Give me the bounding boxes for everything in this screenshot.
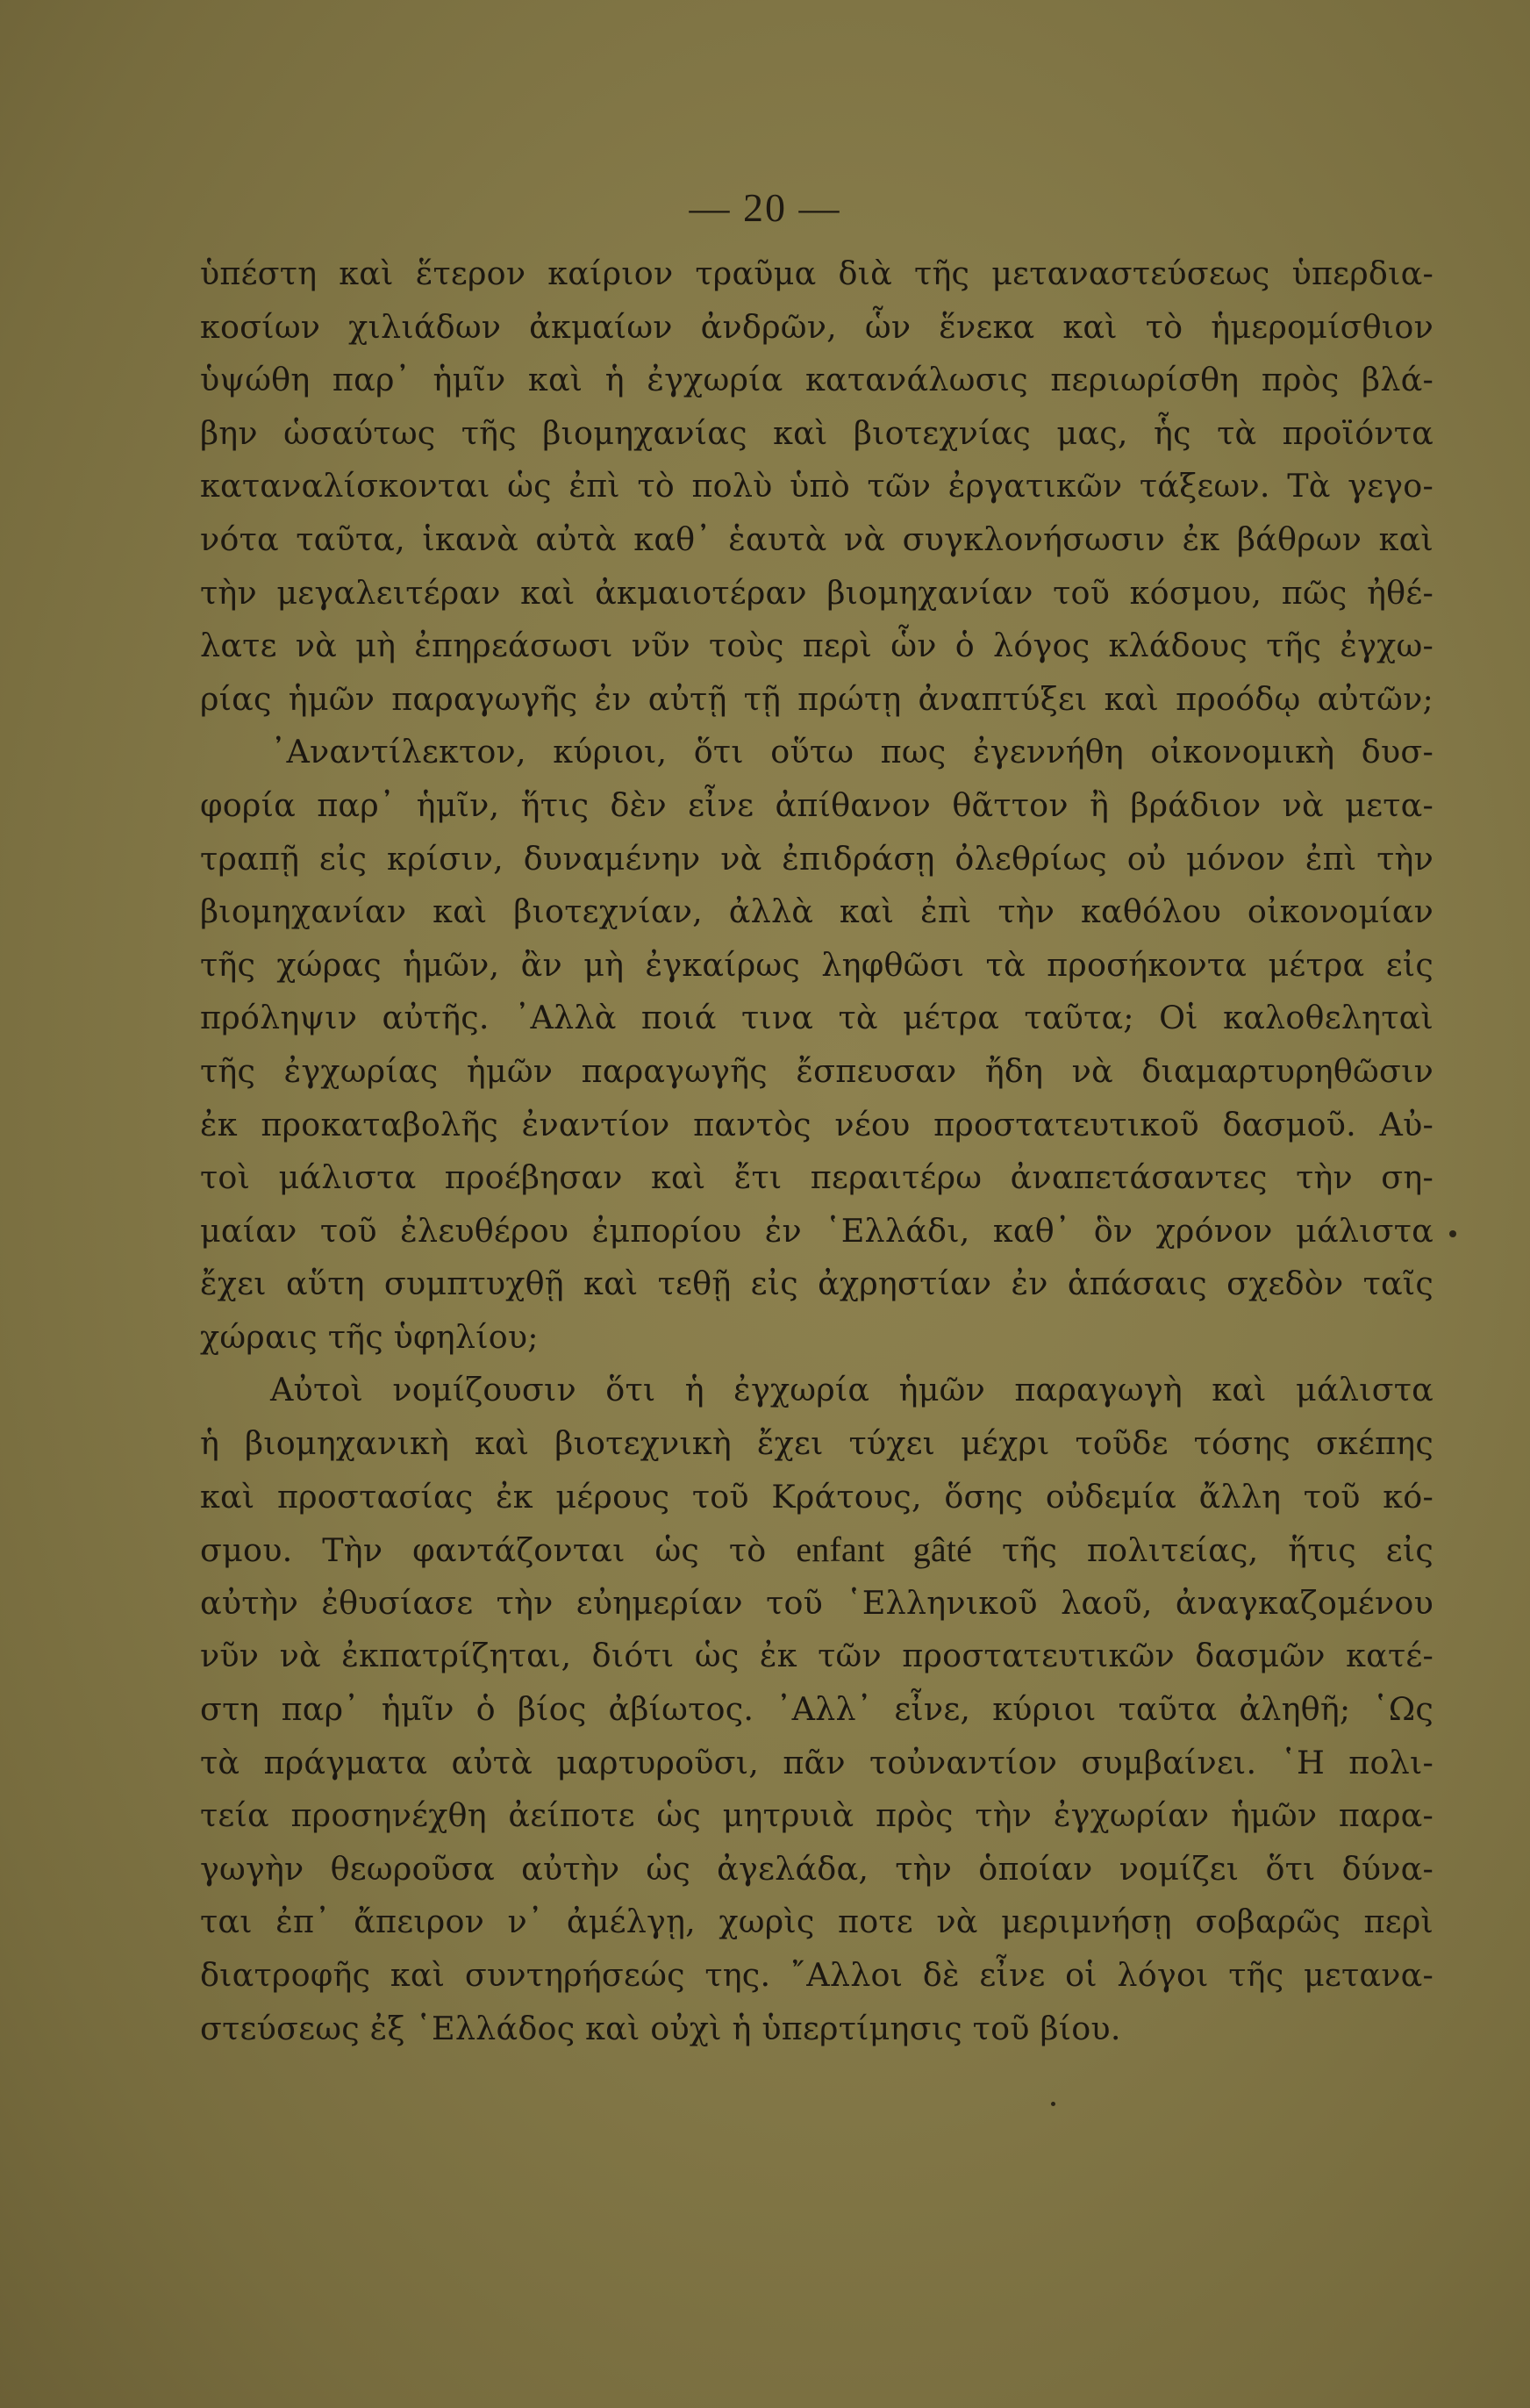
text-line: τὴν μεγαλειτέραν καὶ ἀκμαιοτέραν βιομηχα…	[200, 567, 1433, 620]
paragraph-end-line: χώραις τῆς ὑφηλίου;	[200, 1311, 1433, 1365]
paragraph-end-line: στεύσεως ἐξ ῾Ελλάδος καὶ οὐχὶ ἡ ὑπερτίμη…	[200, 2003, 1433, 2056]
text-line: ἡ βιομηχανικὴ καὶ βιοτεχνικὴ ἔχει τύχει …	[200, 1417, 1433, 1471]
text-line: πρόληψιν αὐτῆς. ᾽Αλλὰ ποιά τινα τὰ μέτρα…	[200, 992, 1433, 1045]
text-line-with-french-phrase: σμου. Τὴν φαντάζονται ὡς τὸ enfant gâté …	[200, 1523, 1433, 1577]
text-line: τεία προσηνέχθη ἀείποτε ὡς μητρυιὰ πρὸς …	[200, 1789, 1433, 1843]
text-line: λατε νὰ μὴ ἐπηρεάσωσι νῦν τοὺς περὶ ὧν ὁ…	[200, 620, 1433, 673]
text-line: βιομηχανίαν καὶ βιοτεχνίαν, ἀλλὰ καὶ ἐπὶ…	[200, 885, 1433, 939]
scanned-page: — 20 — ὑπέστη καὶ ἕτερον καίριον τραῦμα …	[0, 0, 1530, 2408]
text-line: ἔχει αὕτη συμπτυχθῇ καὶ τεθῇ εἰς ἀχρηστί…	[200, 1258, 1433, 1311]
text-line: τῆς χώρας ἡμῶν, ἂν μὴ ἐγκαίρως ληφθῶσι τ…	[200, 939, 1433, 993]
text-line: καταναλίσκονται ὡς ἐπὶ τὸ πολὺ ὑπὸ τῶν ἐ…	[200, 460, 1433, 513]
text-fragment: σμου. Τὴν φαντάζονται ὡς τὸ	[200, 1531, 796, 1569]
body-text: ὑπέστη καὶ ἕτερον καίριον τραῦμα διὰ τῆς…	[200, 247, 1433, 2055]
text-line: ρίας ἡμῶν παραγωγῆς ἐν αὐτῇ τῇ πρώτῃ ἀνα…	[200, 673, 1433, 727]
text-line: στη παρ᾽ ἡμῖν ὁ βίος ἀβίωτος. ᾽Αλλ᾽ εἶνε…	[200, 1683, 1433, 1737]
page-number: — 20 —	[0, 184, 1530, 231]
text-line: καὶ προστασίας ἐκ μέρους τοῦ Κράτους, ὅσ…	[200, 1471, 1433, 1524]
text-fragment: τῆς πολιτείας, ἥτις εἰς	[972, 1531, 1433, 1569]
text-line: ὑψώθη παρ᾽ ἡμῖν καὶ ἡ ἐγχωρία κατανάλωσι…	[200, 354, 1433, 407]
text-line: διατροφῆς καὶ συντηρήσεώς της. ῎Αλλοι δὲ…	[200, 1949, 1433, 2003]
paragraph-start-line: ᾽Αναντίλεκτον, κύριοι, ὅτι οὕτω πως ἐγεν…	[200, 726, 1433, 779]
text-line: τραπῇ εἰς κρίσιν, δυναμένην νὰ ἐπιδράσῃ …	[200, 833, 1433, 886]
text-line: αὐτὴν ἐθυσίασε τὴν εὐημερίαν τοῦ ῾Ελληνι…	[200, 1577, 1433, 1630]
french-phrase: enfant gâté	[796, 1530, 972, 1569]
text-line: τὰ πράγματα αὐτὰ μαρτυροῦσι, πᾶν τοὐναντ…	[200, 1737, 1433, 1790]
text-line: ται ἐπ᾽ ἄπειρον ν᾽ ἀμέλγῃ, χωρὶς ποτε νὰ…	[200, 1896, 1433, 1949]
text-line: μαίαν τοῦ ἐλευθέρου ἐμπορίου ἐν ῾Ελλάδι,…	[200, 1205, 1433, 1258]
paragraph-start-line: Αὐτοὶ νομίζουσιν ὅτι ἡ ἐγχωρία ἡμῶν παρα…	[200, 1364, 1433, 1417]
text-line: τοὶ μάλιστα προέβησαν καὶ ἔτι περαιτέρω …	[200, 1151, 1433, 1205]
text-line: νότα ταῦτα, ἱκανὰ αὐτὰ καθ᾽ ἑαυτὰ νὰ συγ…	[200, 513, 1433, 567]
text-line: ὑπέστη καὶ ἕτερον καίριον τραῦμα διὰ τῆς…	[200, 247, 1433, 301]
paper-speck	[1051, 2102, 1055, 2106]
text-line: ἐκ προκαταβολῆς ἐναντίον παντὸς νέου προ…	[200, 1099, 1433, 1152]
text-line: φορία παρ᾽ ἡμῖν, ἥτις δὲν εἶνε ἀπίθανον …	[200, 779, 1433, 833]
paper-speck	[1449, 1230, 1456, 1237]
text-line: κοσίων χιλιάδων ἀκμαίων ἀνδρῶν, ὧν ἕνεκα…	[200, 301, 1433, 355]
text-line: τῆς ἐγχωρίας ἡμῶν παραγωγῆς ἔσπευσαν ἤδη…	[200, 1045, 1433, 1099]
text-line: βην ὡσαύτως τῆς βιομηχανίας καὶ βιοτεχνί…	[200, 407, 1433, 461]
text-line: νῦν νὰ ἐκπατρίζηται, διότι ὡς ἐκ τῶν προ…	[200, 1630, 1433, 1683]
text-line: γωγὴν θεωροῦσα αὐτὴν ὡς ἀγελάδα, τὴν ὁπο…	[200, 1843, 1433, 1896]
